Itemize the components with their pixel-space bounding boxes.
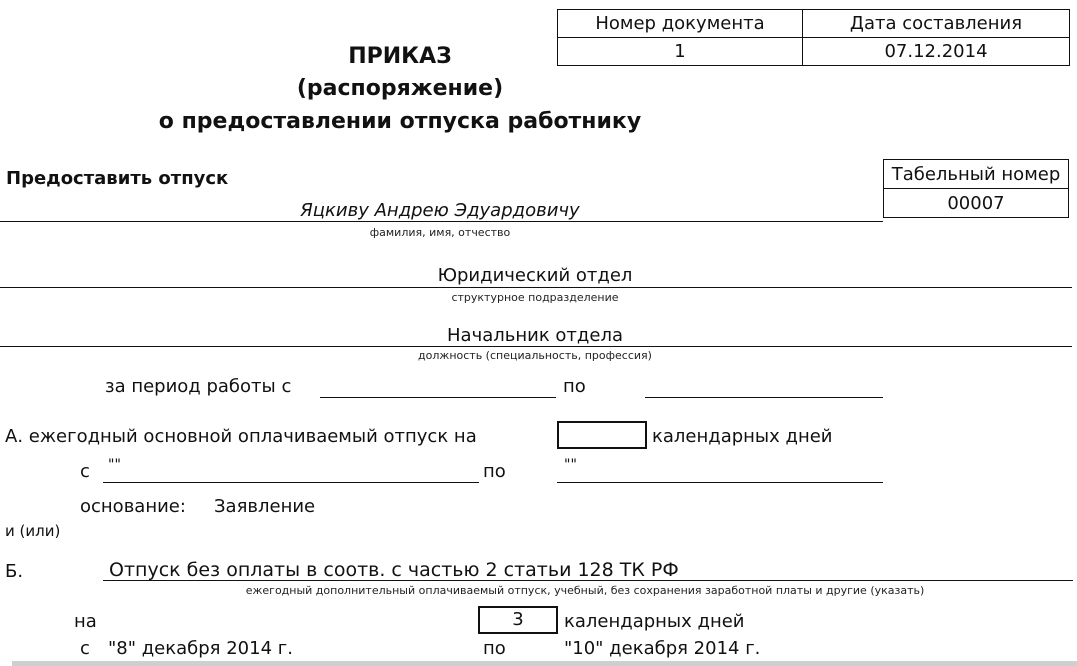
section-b-from-prefix: с	[80, 638, 90, 659]
and-or-label: и (или)	[5, 522, 60, 540]
section-b-leave-type-caption: ежегодный дополнительный оплачиваемый от…	[170, 584, 1000, 597]
doc-date-field[interactable]: 07.12.2014	[803, 38, 1070, 66]
tab-number-header: Табельный номер	[884, 160, 1069, 189]
order-subtitle: (распоряжение)	[200, 76, 600, 101]
section-b-to-field[interactable]: "10" декабря 2014 г.	[564, 638, 760, 659]
order-title: ПРИКАЗ	[300, 44, 500, 69]
section-a-to-field[interactable]: ""	[564, 457, 577, 473]
section-a-from-prefix: с	[80, 461, 90, 482]
page-bottom-edge	[12, 661, 1077, 666]
tab-number-field[interactable]: 00007	[884, 189, 1069, 218]
section-b-days-field[interactable]: 3	[478, 606, 558, 634]
section-a-from-field[interactable]: ""	[108, 457, 121, 473]
order-heading: о предоставлении отпуска работнику	[60, 109, 740, 134]
doc-date-header: Дата составления	[803, 10, 1070, 38]
department-caption: структурное подразделение	[0, 291, 1070, 304]
section-a-basis-field[interactable]: Заявление	[214, 496, 315, 517]
section-a-from-underline	[103, 482, 479, 483]
work-period-to-label: по	[563, 376, 586, 397]
section-b-from-field[interactable]: "8" декабря 2014 г.	[108, 638, 293, 659]
section-a-days-field[interactable]	[557, 421, 647, 449]
work-period-from-underline	[320, 397, 556, 398]
tab-number-table: Табельный номер 00007	[883, 159, 1069, 218]
document-info-table: Номер документа Дата составления 1 07.12…	[557, 9, 1070, 66]
employee-name-caption: фамилия, имя, отчество	[290, 226, 590, 239]
work-period-to-underline	[645, 397, 883, 398]
section-b-days-label: календарных дней	[564, 611, 745, 632]
section-a-basis-label: основание:	[80, 496, 186, 517]
department-field[interactable]: Юридический отдел	[0, 265, 1070, 286]
position-underline	[0, 346, 1072, 347]
doc-number-header: Номер документа	[558, 10, 803, 38]
doc-number-field[interactable]: 1	[558, 38, 803, 66]
section-b-leave-type-underline	[103, 580, 1073, 581]
section-b-leave-type-field[interactable]: Отпуск без оплаты в соотв. с частью 2 ст…	[109, 559, 679, 581]
section-a-to-underline	[557, 482, 883, 483]
employee-name-field[interactable]: Яцкиву Андрею Эдуардовичу	[240, 200, 640, 221]
section-b-letter: Б.	[5, 561, 23, 582]
section-b-on-label: на	[74, 611, 97, 632]
section-a-days-label: календарных дней	[652, 426, 833, 447]
position-field[interactable]: Начальник отдела	[0, 325, 1070, 346]
section-a-label: А. ежегодный основной оплачиваемый отпус…	[5, 426, 477, 447]
position-caption: должность (специальность, профессия)	[0, 349, 1070, 362]
section-b-to-prefix: по	[483, 638, 506, 659]
employee-name-underline	[0, 221, 883, 222]
department-underline	[0, 287, 1072, 288]
grant-leave-label: Предоставить отпуск	[6, 168, 228, 189]
section-a-to-prefix: по	[483, 461, 506, 482]
work-period-from-label: за период работы с	[105, 376, 291, 397]
